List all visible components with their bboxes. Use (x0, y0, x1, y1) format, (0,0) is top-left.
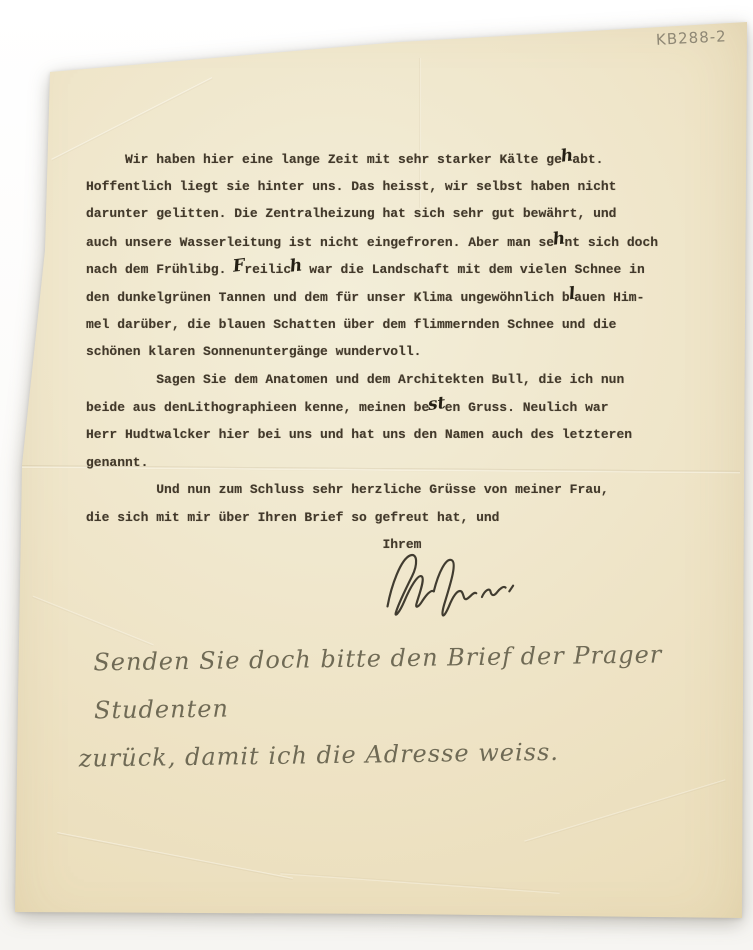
typed-text: mel darüber, die blauen Schatten über de… (86, 317, 617, 332)
typed-line: den dunkelgrünen Tannen und dem für unse… (86, 283, 686, 311)
typed-text: war die Landschaft mit dem vielen Schnee… (302, 262, 645, 277)
typed-text: abt. (572, 152, 603, 167)
typed-text: Herr Hudtwalcker hier bei uns und hat un… (86, 427, 632, 442)
typed-text: Hoffentlich liegt sie hinter uns. Das he… (86, 179, 617, 194)
paper-crease (524, 779, 725, 842)
postscript-line: zurück, damit ich die Adresse weiss. (78, 725, 739, 782)
signature-scrawl (372, 546, 522, 631)
typed-text: auen Him- (574, 290, 644, 305)
typed-text: nach dem Frühlibg. (86, 262, 234, 277)
typed-text: reilic (244, 262, 291, 277)
paper-crease (57, 832, 293, 880)
typed-text: Sagen Sie dem Anatomen und dem Architekt… (86, 372, 624, 387)
typed-line: Sagen Sie dem Anatomen und dem Architekt… (86, 366, 686, 394)
ink-correction: h (551, 225, 567, 254)
typed-text: auch unsere Wasserleitung ist nicht eing… (86, 235, 554, 250)
typed-line: beide aus denLithographieen kenne, meine… (86, 393, 686, 421)
signature (372, 546, 522, 631)
typed-text: nt sich doch (564, 235, 658, 250)
catalog-mark: KB288-2 (656, 27, 728, 49)
typed-line: Und nun zum Schluss sehr herzliche Grüss… (86, 476, 686, 504)
typed-text: en Gruss. Neulich war (445, 400, 609, 415)
typed-text: schönen klaren Sonnenuntergänge wundervo… (86, 344, 421, 359)
typed-line: Wir haben hier eine lange Zeit mit sehr … (86, 145, 686, 173)
ink-correction: h (288, 253, 304, 282)
typed-line: nach dem Frühlibg. Freilich war die Land… (86, 255, 686, 283)
typed-lines: Wir haben hier eine lange Zeit mit sehr … (86, 145, 686, 559)
scanned-letter-page: KB288-2 Wir haben hier eine lange Zeit m… (0, 0, 753, 950)
ink-correction: F (232, 253, 247, 282)
letter-paper: KB288-2 Wir haben hier eine lange Zeit m… (0, 0, 753, 950)
typed-text: darunter gelitten. Die Zentralheizung ha… (86, 206, 617, 221)
typed-text: Und nun zum Schluss sehr herzliche Grüss… (86, 482, 609, 497)
typed-text: den dunkelgrünen Tannen und dem für unse… (86, 290, 570, 305)
typed-line: genannt. (86, 449, 686, 477)
typed-text: die sich mit mir über Ihren Brief so gef… (86, 510, 499, 525)
typed-line: die sich mit mir über Ihren Brief so gef… (86, 504, 686, 532)
typed-line: auch unsere Wasserleitung ist nicht eing… (86, 228, 686, 256)
typed-line: schönen klaren Sonnenuntergänge wundervo… (86, 338, 686, 366)
postscript-line: Senden Sie doch bitte den Brief der Prag… (77, 629, 738, 734)
typed-text: beide aus denLithographieen kenne, meine… (86, 400, 429, 415)
ink-correction: h (559, 142, 575, 171)
typed-line: darunter gelitten. Die Zentralheizung ha… (86, 200, 686, 228)
postscript: Senden Sie doch bitte den Brief der Prag… (77, 629, 739, 782)
typed-text: genannt. (86, 455, 148, 470)
typed-text: Wir haben hier eine lange Zeit mit sehr … (86, 152, 562, 167)
paper-shadow: KB288-2 Wir haben hier eine lange Zeit m… (0, 0, 753, 950)
typed-line: mel darüber, die blauen Schatten über de… (86, 311, 686, 339)
typed-line: Herr Hudtwalcker hier bei uns und hat un… (86, 421, 686, 449)
ink-correction: st (427, 390, 448, 420)
typed-line: Hoffentlich liegt sie hinter uns. Das he… (86, 173, 686, 201)
paper-crease (280, 872, 559, 894)
